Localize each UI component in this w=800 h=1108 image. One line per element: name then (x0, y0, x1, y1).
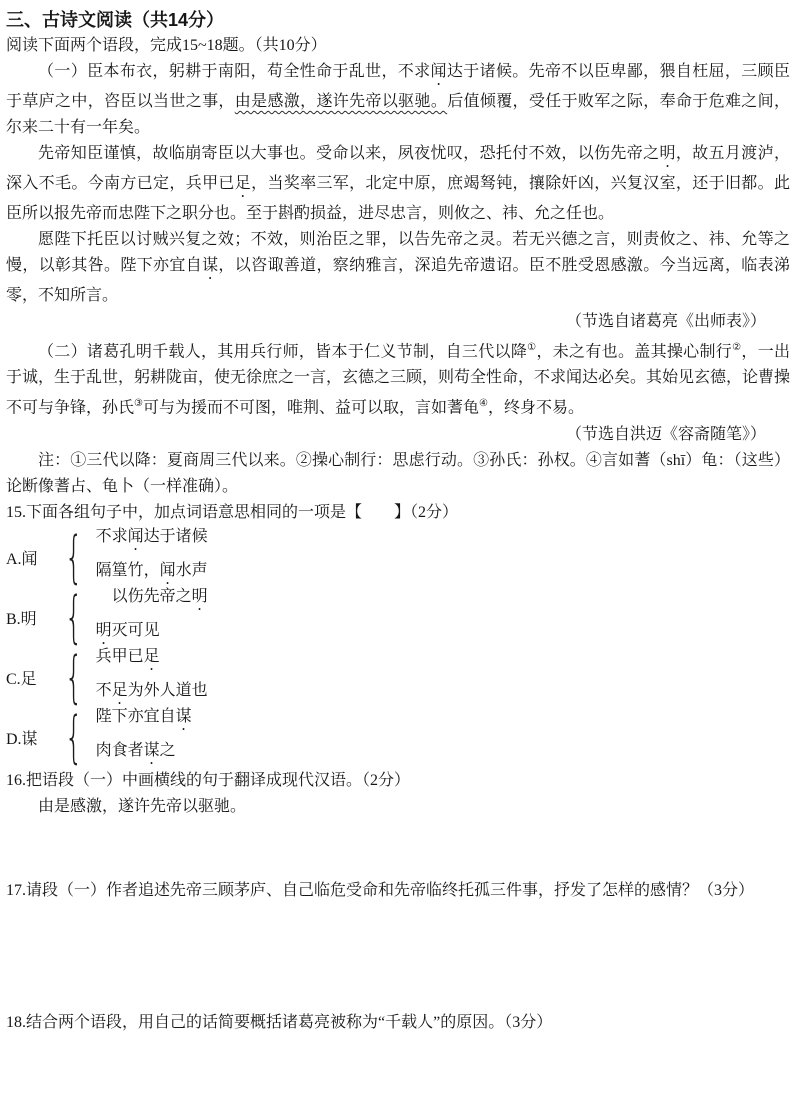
passage2-paragraph: （二）诸葛孔明千载人，其用兵行师，皆本于仁义节制，自三代以降①，未之有也。盖其操… (6, 335, 790, 422)
option-d: D.谋 { 陛下亦宜自谋 肉食者谋之 (6, 708, 790, 768)
answer-space-16 (6, 820, 790, 878)
option-a-line2: 隔篁竹，闻水声 (96, 562, 208, 588)
option-b-label: B.明 (6, 606, 56, 629)
option-b-line1: 以伤先帝之明 (96, 588, 208, 614)
option-b: B.明 { 以伤先帝之明 明灭可见 (6, 588, 790, 648)
question-16-sentence: 由是感激，遂许先帝以驱驰。 (6, 794, 790, 820)
option-a: A.闻 { 不求闻达于诸候 隔篁竹，闻水声 (6, 528, 790, 588)
passage1-source: （节选自诸葛亮《出师表》） (6, 309, 790, 335)
option-d-line2: 肉食者谋之 (96, 742, 192, 768)
section-intro: 阅读下面两个语段，完成15~18题。（共10分） (6, 33, 790, 59)
question-15-options: A.闻 { 不求闻达于诸候 隔篁竹，闻水声 B.明 { 以伤先帝之明 明灭可见 … (6, 528, 790, 768)
passage2-source: （节选自洪迈《容斋随笔》） (6, 422, 790, 448)
option-d-label: D.谋 (6, 726, 56, 749)
question-15: 15.下面各组句子中，加点词语意思相同的一项是【 】（2分） (6, 500, 790, 526)
question-16: 16.把语段（一）中画横线的句于翻译成现代汉语。（2分） (6, 768, 790, 794)
answer-space-17 (6, 904, 790, 1010)
option-a-label: A.闻 (6, 546, 56, 569)
question-17: 17.请段（一）作者追述先帝三顾茅庐、自己临危受命和先帝临终托孤三件事，抒发了怎… (6, 878, 790, 904)
passage1-paragraph-3: 愿陛下托臣以讨贼兴复之效；不效，则治臣之罪，以告先帝之灵。若无兴德之言，则责攸之… (6, 227, 790, 309)
brace-icon: { (65, 650, 83, 706)
question-18: 18.结合两个语段，用自己的话简要概括诸葛亮被称为“千载人”的原因。（3分） (6, 1010, 790, 1036)
brace-icon: { (65, 530, 83, 586)
option-c-label: C.足 (6, 666, 56, 689)
option-d-line1: 陛下亦宜自谋 (96, 708, 192, 734)
passage1-paragraph-1: （一）臣本布衣，躬耕于南阳，苟全性命于乱世，不求闻达于诸候。先帝不以臣卑鄙，猥自… (6, 59, 790, 141)
option-c-line1: 兵甲已足 (96, 648, 208, 674)
option-b-line2: 明灭可见 (96, 622, 208, 648)
option-a-line1: 不求闻达于诸候 (96, 528, 208, 554)
exam-page: 三、古诗文阅读（共14分） 阅读下面两个语段，完成15~18题。（共10分） （… (0, 0, 800, 1036)
option-c: C.足 { 兵甲已足 不足为外人道也 (6, 648, 790, 708)
brace-icon: { (65, 590, 83, 646)
footnotes: 注：①三代以降：夏商周三代以来。②操心制行：思虑行动。③孙氏：孙权。④言如蓍（s… (6, 448, 790, 500)
option-c-line2: 不足为外人道也 (96, 682, 208, 708)
passage1-paragraph-2: 先帝知臣谨慎，故临崩寄臣以大事也。受命以来，夙夜忧叹，恐托付不效，以伤先帝之明，… (6, 141, 790, 227)
section-title: 三、古诗文阅读（共14分） (6, 8, 790, 33)
brace-icon: { (65, 710, 83, 766)
